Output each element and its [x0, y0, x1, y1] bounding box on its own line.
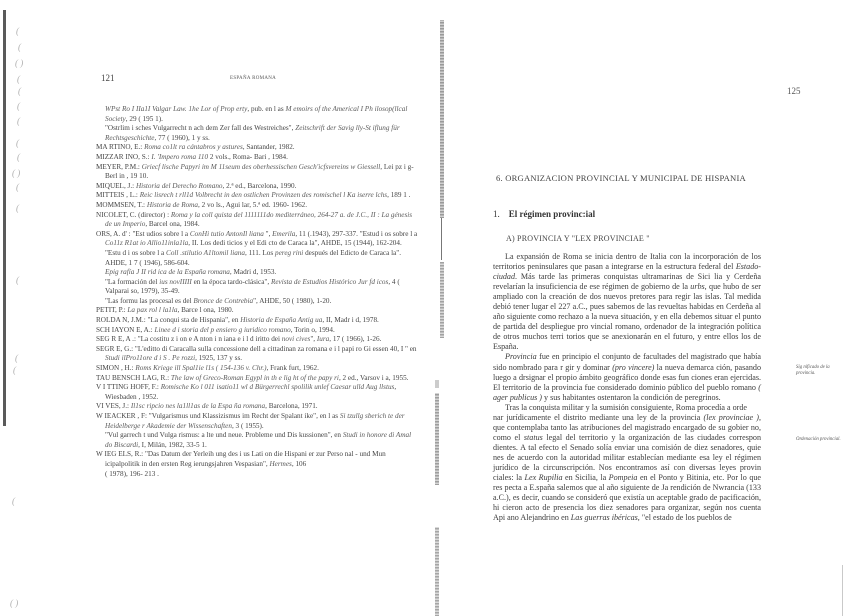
bibliography-entry: MA RTINO, E.: Roma co1lt ra cántabros y … [96, 143, 420, 153]
chapter-title: 6. ORGANIZACION PROVINCIAL Y MUNICIPAL D… [496, 173, 746, 183]
bibliography-list: WPst Ro I IIa1I Valgar Law. 1he Lor of P… [96, 105, 420, 479]
bibliography-entry: V I TTING HOFF, F.: Romische Ko l 011 is… [96, 383, 420, 402]
section-number: 1. [493, 209, 500, 219]
bibliography-entry: SEG R E, A .: "La costitu z i on e A nto… [96, 335, 420, 345]
paragraph: Provincia fue en principio el conjunto d… [493, 352, 761, 402]
paragraph: La expansión de Roma se inicia dentro de… [493, 252, 761, 352]
bibliography-entry: ( 1978), 196- 213 . [96, 470, 420, 480]
bibliography-entry: SCH IAYON E, A.: Linee d i storia del p … [96, 326, 420, 336]
bibliography-entry: PETIT, P.: La pax rol l la1la, Barce l o… [96, 306, 420, 316]
binding-line [441, 218, 442, 260]
running-title: ESPAÑA ROMANA [230, 76, 276, 81]
binding-gutter [435, 393, 439, 485]
left-page-edge [3, 10, 6, 426]
bibliography-entry: MIZZAR INO, S.: I. 'Impero roma 110 2 vo… [96, 153, 420, 163]
page-number: 125 [787, 86, 801, 96]
bibliography-entry: MOMMSEN, T.: Historia de Roma, 2 vo ls.,… [96, 201, 420, 211]
bibliography-entry: "La formación del ius novIIIII en la épo… [96, 278, 420, 297]
running-head: 121 ESPAÑA ROMANA [96, 73, 420, 87]
bibliography-entry: W IEACKER , F: "Vulgarismus und Klassizi… [96, 412, 420, 431]
bibliography-entry: SIMON , H.: Roms Kriege ill Spal1ie l1s … [96, 364, 420, 374]
binding-gutter [440, 20, 444, 218]
bibliography-entry: NICOLET, C. (director) : Roma y la coll … [96, 211, 420, 230]
subsection-heading: A) PROVINCIA Y "LEX PROVINCIAE " [506, 234, 650, 243]
paragraph: nar jurídicamente el distrito mediante u… [493, 413, 761, 524]
paragraph: Tras la conquista militar y la sumisión … [493, 403, 761, 413]
sidenote: Sig nificado de la provincia. [796, 365, 848, 377]
bibliography-entry: "Estu d i os sobre l a Coll .stilutio A1… [96, 249, 420, 268]
bibliography-entry: SEGR E, G.: "L'editto di Caracalla sulla… [96, 345, 420, 364]
bibliography-entry: "Ostrlim i sches Vulgarrecht n ach dem Z… [96, 124, 420, 143]
binding-gutter [435, 380, 439, 388]
left-page: 121 ESPAÑA ROMANA WPst Ro I IIa1I Valgar… [96, 73, 420, 479]
binding-gutter [440, 262, 444, 338]
section-title: El régimen provinc:ial [509, 209, 595, 219]
bibliography-entry: MITTEIS , L.: Reic lisrech t rll1d Volbr… [96, 191, 420, 201]
margin-pencil-marks: ( ( ( ) ( ( ( ( ( ( ( ) ( ( ( ( ( ( ( ) [12, 0, 32, 616]
bibliography-entry: MIQUEL, J.: Historia del Derecho Romano,… [96, 182, 420, 192]
bibliography-entry: WPst Ro I IIa1I Valgar Law. 1he Lor of P… [96, 105, 420, 124]
bibliography-entry: ROLDA N, J.M.: "La conqui sta de Hispani… [96, 316, 420, 326]
bibliography-entry: MEYER, P.M.: Griecf lische Papyri im M 1… [96, 163, 420, 182]
book-spread: ( ( ( ) ( ( ( ( ( ( ( ) ( ( ( ( ( ( ( ) … [0, 0, 848, 616]
bibliography-entry: Epig rafía J II rid ica de la España rom… [96, 268, 420, 278]
page-number: 121 [101, 73, 115, 83]
bibliography-entry: ORS, A. d' : "Est udios sobre l a ConHi … [96, 230, 420, 249]
page-edge [842, 565, 843, 616]
bibliography-entry: "Vul garrech t und Vulga rismus: a lte u… [96, 431, 420, 450]
binding-gutter [435, 527, 439, 616]
bibliography-entry: "Las formu las procesal es del Bronce de… [96, 297, 420, 307]
body-text: La expansión de Roma se inicia dentro de… [493, 252, 761, 523]
section-heading: 1.El régimen provinc:ial [493, 209, 595, 219]
bibliography-entry: TAU BENSCH LAG, R.: The law of Greco-Rom… [96, 374, 420, 384]
sidenote: Ordenación provincial. [796, 437, 848, 443]
bibliography-entry: W IEG ELS, R.: "Das Datum der Yerleih un… [96, 450, 420, 469]
bibliography-entry: VI VES, J.: Il1sc ripcio nes la1ll1as de… [96, 402, 420, 412]
